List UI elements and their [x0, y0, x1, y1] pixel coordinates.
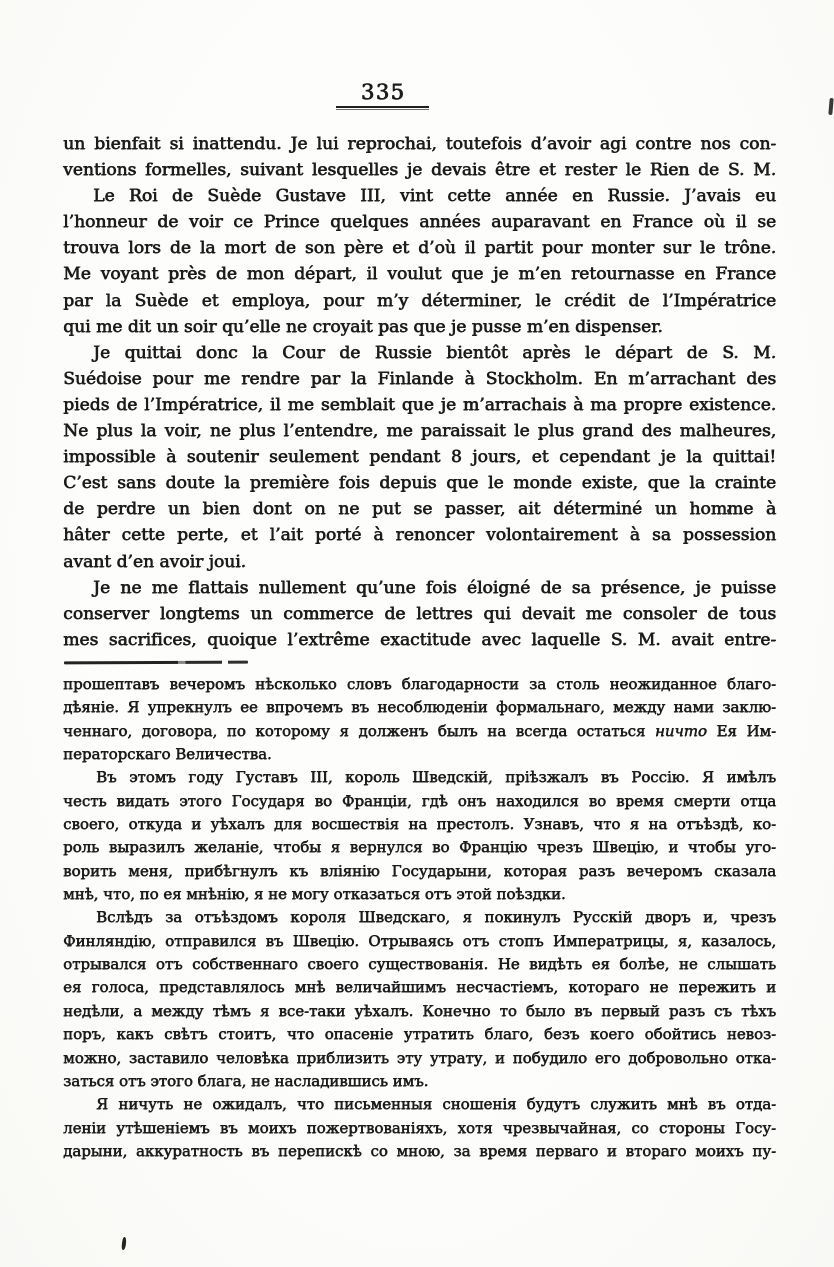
footnote-text: прошептавъ вечеромъ нѣсколько словъ благ… [63, 673, 776, 1163]
text-line: trouva lors de la mort de son père et d’… [63, 235, 776, 261]
footnote-line: недѣли, а между тѣмъ я все-таки уѣхалъ. … [63, 1000, 776, 1023]
ink-speck-right-edge [828, 98, 833, 115]
footnote-line: роль выразилъ желаніе, чтобы я вернулся … [63, 836, 776, 859]
text-segment: Ея Им- [707, 722, 776, 740]
footnote-line: леніи утѣшеніемъ въ моихъ пожертвованіях… [63, 1117, 776, 1140]
footnote-line: честь видать этого Государя во Франціи, … [63, 790, 776, 813]
text-line: Je quittai donc la Cour de Russie bientô… [63, 340, 776, 366]
text-line: Le Roi de Suède Gustave III, vint cette … [63, 183, 776, 209]
text-line: ventions formelles, suivant lesquelles j… [63, 157, 776, 183]
footnote-line: ворить меня, прибѣгнулъ къ вліянію Госуд… [63, 860, 776, 883]
text-line: qui me dit un soir qu’elle ne croyait pa… [63, 314, 776, 340]
footnote-line: ператорскаго Величества. [63, 743, 776, 766]
footnote-line: отрывался отъ собственнаго своего сущест… [63, 953, 776, 976]
text-line: un bienfait si inattendu. Je lui reproch… [63, 131, 776, 157]
page-number: 335 [337, 80, 429, 104]
text-line: impossible à soutenir seulement pendant … [63, 444, 776, 470]
footnote-line: прошептавъ вечеромъ нѣсколько словъ благ… [63, 673, 776, 696]
footnote-line: заться отъ этого блага, не насладившись … [63, 1070, 776, 1093]
footnote-line: можно, заставило человѣка приблизить эту… [63, 1047, 776, 1070]
book-page: 335 un bienfait si inattendu. Je lui rep… [0, 0, 834, 1267]
footnote-separator [64, 661, 248, 665]
text-line: Je ne me flattais nullement qu’une fois … [63, 575, 776, 601]
text-line: hâter cette perte, et l’ait porté à reno… [63, 522, 776, 548]
text-line: avant d’en avoir joui. [63, 549, 776, 575]
main-text: un bienfait si inattendu. Je lui reproch… [63, 131, 776, 653]
text-line: Ne plus la voir, ne plus l’entendre, me … [63, 418, 776, 444]
text-line: C’est sans doute la première fois depuis… [63, 470, 776, 496]
text-line: mes sacrifices, quoique l’extrême exacti… [63, 627, 776, 653]
footnote-line: Я ничуть не ожидалъ, что письменныя снош… [63, 1093, 776, 1116]
footnote-line: Въ этомъ году Густавъ III, король Шведск… [63, 766, 776, 789]
footnote-line: дѣяніе. Я упрекнулъ ее впрочемъ въ несоб… [63, 696, 776, 719]
text-line: Suédoise pour me rendre par la Finlande … [63, 366, 776, 392]
text-line: par la Suède et employa, pour m’y déterm… [63, 288, 776, 314]
italic-word: ничто [655, 722, 707, 740]
footnote-line: мнѣ, что, по ея мнѣнію, я не могу отказа… [63, 883, 776, 906]
footnote-line: поръ, какъ свѣтъ стоитъ, что опасеніе ут… [63, 1023, 776, 1046]
footnote-line: Вслѣдъ за отъѣздомъ короля Шведскаго, я … [63, 906, 776, 929]
footnote-line: дарыни, аккуратность въ перепискѣ со мно… [63, 1140, 776, 1163]
text-line: l’honneur de voir ce Prince quelques ann… [63, 209, 776, 235]
text-line: de perdre un bien dont on ne put se pass… [63, 496, 776, 522]
ink-speck-bottom [121, 1237, 127, 1250]
text-line: pieds de l’Impératrice, il me semblait q… [63, 392, 776, 418]
text-line: Me voyant près de mon départ, il voulut … [63, 261, 776, 287]
footnote-line: ея голоса, представлялось мнѣ величайшим… [63, 976, 776, 999]
text-segment: ченнаго, договора, по которому я долженъ… [63, 722, 655, 740]
footnote-line: ченнаго, договора, по которому я долженъ… [63, 720, 776, 743]
text-line: conserver longtems un commerce de lettre… [63, 601, 776, 627]
footnote-line: Финляндію, отправился въ Швецію. Отрывая… [63, 930, 776, 953]
footnote-line: своего, откуда и уѣхалъ для восшествія н… [63, 813, 776, 836]
ink-speck-dot [727, 509, 731, 513]
page-number-rule [336, 106, 429, 110]
